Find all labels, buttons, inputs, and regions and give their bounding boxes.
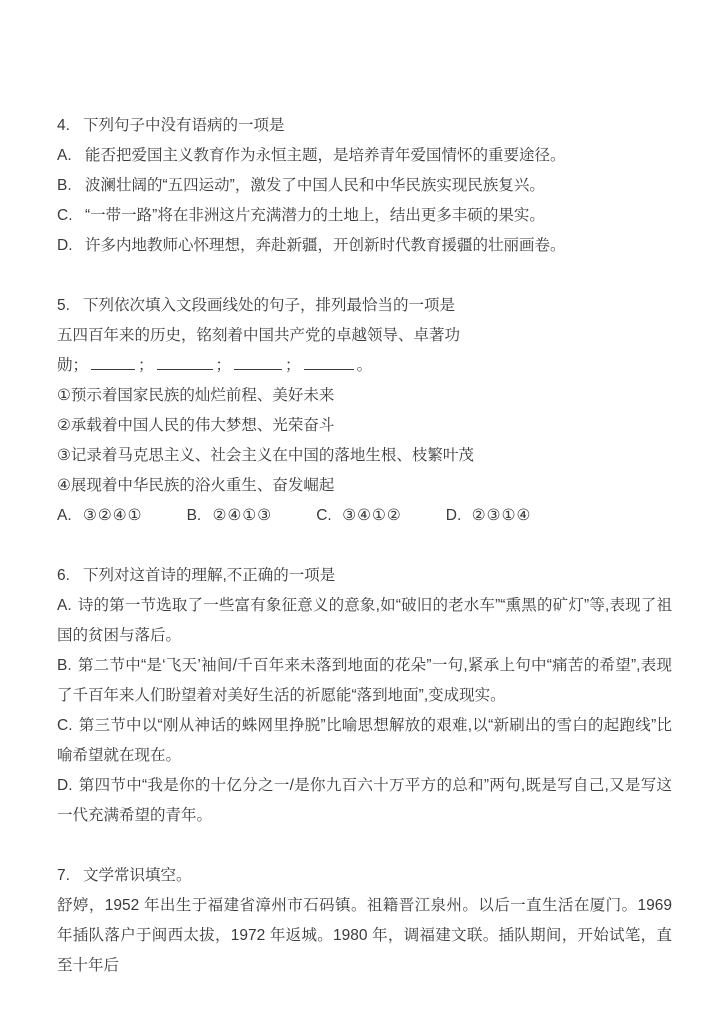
option-label: A. (57, 141, 85, 171)
question-4-option-b: B.波澜壮阔的“五四运动”，激发了中国人民和中华民族实现民族复兴。 (57, 171, 672, 201)
question-7-passage: 舒婷，1952 年出生于福建省漳州市石码镇。祖籍晋江泉州。以后一直生活在厦门。1… (57, 891, 672, 981)
question-5-passage: 五四百年来的历史，铭刻着中国共产党的卓越领导、卓著功 (57, 321, 672, 351)
question-6-title-line: 6.下列对这首诗的理解,不正确的一项是 (57, 561, 672, 591)
fill-separator: ； (138, 357, 154, 374)
exam-page: 4.下列句子中没有语病的一项是 A.能否把爱国主义教育作为永恒主题，是培养青年爱… (0, 0, 727, 981)
question-7-number: 7. (57, 861, 83, 891)
question-7: 7.文学常识填空。 舒婷，1952 年出生于福建省漳州市石码镇。祖籍晋江泉州。以… (57, 861, 672, 981)
question-7-title: 文学常识填空。 (83, 867, 192, 884)
question-6-number: 6. (57, 561, 83, 591)
option-label: D. (57, 231, 85, 261)
question-5-choice-b: B.②④①③ (187, 501, 273, 531)
option-text: 诗的第一节选取了一些富有象征意义的意象,如“破旧的老水车”“熏黑的矿灯”等,表现… (57, 597, 672, 644)
choice-label: D. (446, 501, 472, 531)
question-5-title: 下列依次填入文段画线处的句子，排列最恰当的一项是 (83, 297, 455, 314)
choice-label: B. (187, 501, 213, 531)
choice-label: C. (316, 501, 342, 531)
option-text: 第二节中“是‘飞天’袖间/千百年来未落到地面的花朵”一句,紧承上句中“痛苦的希望… (57, 657, 672, 704)
option-text: “一带一路”将在非洲这片充满潜力的土地上，结出更多丰硕的果实。 (85, 207, 545, 224)
question-4-number: 4. (57, 111, 83, 141)
fill-blank (157, 355, 213, 370)
question-5-title-line: 5.下列依次填入文段画线处的句子，排列最恰当的一项是 (57, 291, 672, 321)
question-4-option-a: A.能否把爱国主义教育作为永恒主题，是培养青年爱国情怀的重要途径。 (57, 141, 672, 171)
option-label: B. (57, 171, 85, 201)
question-5-number: 5. (57, 291, 83, 321)
question-5: 5.下列依次填入文段画线处的句子，排列最恰当的一项是 五四百年来的历史，铭刻着中… (57, 291, 672, 531)
question-5-choices: A.③②④① B.②④①③ C.③④①② D.②③①④ (57, 501, 672, 531)
question-5-item-2: ②承载着中国人民的伟大梦想、光荣奋斗 (57, 411, 672, 441)
choice-sequence: ②③①④ (472, 507, 532, 524)
fill-blank (304, 355, 354, 370)
question-5-fill-line: 勋；；；；。 (57, 351, 672, 381)
question-6-title: 下列对这首诗的理解,不正确的一项是 (83, 567, 335, 584)
option-text: 能否把爱国主义教育作为永恒主题，是培养青年爱国情怀的重要途径。 (85, 147, 566, 164)
choice-label: A. (57, 501, 83, 531)
fill-blank (234, 355, 282, 370)
question-5-item-4: ④展现着中华民族的浴火重生、奋发崛起 (57, 471, 672, 501)
question-7-title-line: 7.文学常识填空。 (57, 861, 672, 891)
question-6-option-c: C.第三节中以“刚从神话的蛛网里挣脱”比喻思想解放的艰难,以“新刷出的雪白的起跑… (57, 711, 672, 771)
option-label: C. (57, 717, 79, 734)
option-text: 波澜壮阔的“五四运动”，激发了中国人民和中华民族实现民族复兴。 (85, 177, 545, 194)
option-label: D. (57, 777, 79, 794)
question-6: 6.下列对这首诗的理解,不正确的一项是 A.诗的第一节选取了一些富有象征意义的意… (57, 561, 672, 831)
question-5-item-1: ①预示着国家民族的灿烂前程、美好未来 (57, 381, 672, 411)
fill-end: 。 (357, 357, 373, 374)
question-5-item-3: ③记录着马克思主义、社会主义在中国的落地生根、枝繁叶茂 (57, 441, 672, 471)
fill-blank (91, 355, 135, 370)
option-text: 第三节中以“刚从神话的蛛网里挣脱”比喻思想解放的艰难,以“新刷出的雪白的起跑线”… (57, 717, 672, 764)
fill-separator: ； (285, 357, 301, 374)
choice-sequence: ③④①② (342, 507, 402, 524)
option-label: B. (57, 657, 78, 674)
fill-separator: ； (216, 357, 232, 374)
option-label: A. (57, 597, 78, 614)
question-4-option-c: C.“一带一路”将在非洲这片充满潜力的土地上，结出更多丰硕的果实。 (57, 201, 672, 231)
choice-sequence: ②④①③ (213, 507, 273, 524)
choice-sequence: ③②④① (83, 507, 143, 524)
fill-prefix: 勋； (57, 357, 88, 374)
question-6-option-b: B.第二节中“是‘飞天’袖间/千百年来未落到地面的花朵”一句,紧承上句中“痛苦的… (57, 651, 672, 711)
option-text: 第四节中“我是你的十亿分之一/是你九百六十万平方的总和”两句,既是写自己,又是写… (57, 777, 672, 824)
question-6-option-d: D.第四节中“我是你的十亿分之一/是你九百六十万平方的总和”两句,既是写自己,又… (57, 771, 672, 831)
question-4-title: 下列句子中没有语病的一项是 (83, 117, 285, 134)
question-4: 4.下列句子中没有语病的一项是 A.能否把爱国主义教育作为永恒主题，是培养青年爱… (57, 111, 672, 261)
question-6-option-a: A.诗的第一节选取了一些富有象征意义的意象,如“破旧的老水车”“熏黑的矿灯”等,… (57, 591, 672, 651)
question-5-choice-c: C.③④①② (316, 501, 402, 531)
option-label: C. (57, 201, 85, 231)
question-5-choice-a: A.③②④① (57, 501, 143, 531)
option-text: 许多内地教师心怀理想，奔赴新疆，开创新时代教育援疆的壮丽画卷。 (85, 237, 566, 254)
question-4-title-line: 4.下列句子中没有语病的一项是 (57, 111, 672, 141)
question-5-choice-d: D.②③①④ (446, 501, 532, 531)
question-4-option-d: D.许多内地教师心怀理想，奔赴新疆，开创新时代教育援疆的壮丽画卷。 (57, 231, 672, 261)
